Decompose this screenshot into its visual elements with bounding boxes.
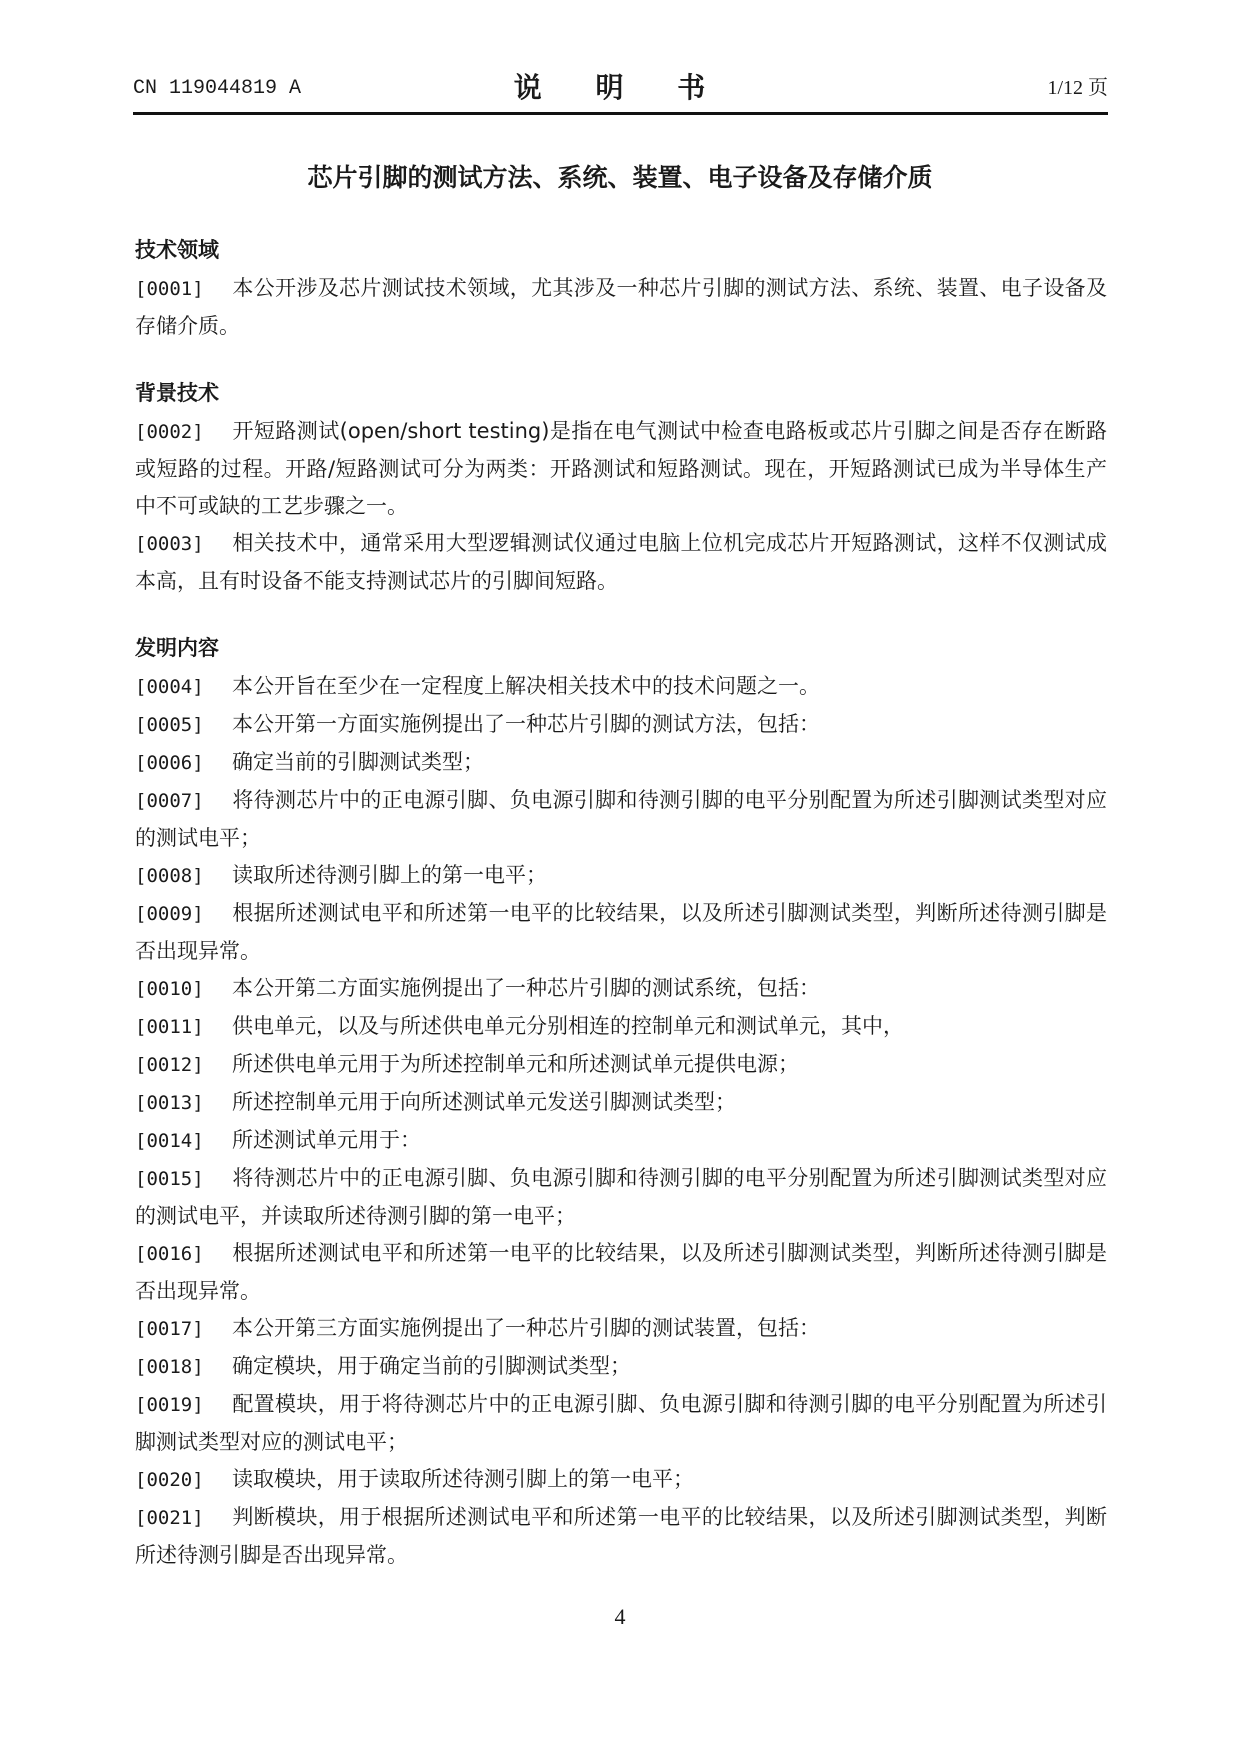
paragraph-number: [0011] xyxy=(135,1009,232,1046)
paragraph: [0006]确定当前的引脚测试类型； xyxy=(135,744,1107,782)
paragraph-number: [0021] xyxy=(135,1500,232,1537)
paragraph-text: 将待测芯片中的正电源引脚、负电源引脚和待测引脚的电平分别配置为所述引脚测试类型对… xyxy=(135,1166,1107,1228)
section-summary: 发明内容 [0004]本公开旨在至少在一定程度上解决相关技术中的技术问题之一。 … xyxy=(135,628,1107,1574)
paragraph-number: [0004] xyxy=(135,669,232,706)
paragraph-text: 开短路测试(open/short testing)是指在电气测试中检查电路板或芯… xyxy=(135,419,1107,518)
document-type: 说 明 书 xyxy=(133,66,1108,106)
paragraph-number: [0001] xyxy=(135,271,232,308)
paragraph: [0003]相关技术中，通常采用大型逻辑测试仪通过电脑上位机完成芯片开短路测试，… xyxy=(135,525,1107,600)
paragraph-text: 所述供电单元用于为所述控制单元和所述测试单元提供电源； xyxy=(232,1052,799,1076)
paragraph: [0011]供电单元，以及与所述供电单元分别相连的控制单元和测试单元，其中， xyxy=(135,1008,1107,1046)
paragraph-text: 本公开第三方面实施例提出了一种芯片引脚的测试装置，包括： xyxy=(232,1316,820,1340)
paragraph: [0016]根据所述测试电平和所述第一电平的比较结果，以及所述引脚测试类型，判断… xyxy=(135,1235,1107,1310)
paragraph-number: [0009] xyxy=(135,896,232,933)
paragraph-number: [0013] xyxy=(135,1085,232,1122)
paragraph: [0010]本公开第二方面实施例提出了一种芯片引脚的测试系统，包括： xyxy=(135,970,1107,1008)
paragraph-number: [0016] xyxy=(135,1236,232,1273)
paragraph-text: 所述测试单元用于： xyxy=(232,1128,421,1152)
paragraph-text: 根据所述测试电平和所述第一电平的比较结果，以及所述引脚测试类型，判断所述待测引脚… xyxy=(135,1241,1107,1303)
paragraph: [0009]根据所述测试电平和所述第一电平的比较结果，以及所述引脚测试类型，判断… xyxy=(135,895,1107,970)
paragraph-text: 读取模块，用于读取所述待测引脚上的第一电平； xyxy=(232,1467,694,1491)
paragraph-text: 供电单元，以及与所述供电单元分别相连的控制单元和测试单元，其中， xyxy=(232,1014,904,1038)
paragraph: [0008]读取所述待测引脚上的第一电平； xyxy=(135,857,1107,895)
page-header: CN 119044819 A 说 明 书 1/12 页 xyxy=(133,66,1108,115)
paragraph: [0017]本公开第三方面实施例提出了一种芯片引脚的测试装置，包括： xyxy=(135,1310,1107,1348)
paragraph: [0014]所述测试单元用于： xyxy=(135,1122,1107,1160)
paragraph-text: 判断模块，用于根据所述测试电平和所述第一电平的比较结果，以及所述引脚测试类型，判… xyxy=(135,1505,1107,1567)
paragraph: [0015]将待测芯片中的正电源引脚、负电源引脚和待测引脚的电平分别配置为所述引… xyxy=(135,1160,1107,1235)
section-background: 背景技术 [0002]开短路测试(open/short testing)是指在电… xyxy=(135,373,1107,600)
paragraph-number: [0017] xyxy=(135,1311,232,1348)
paragraph-text: 相关技术中，通常采用大型逻辑测试仪通过电脑上位机完成芯片开短路测试，这样不仅测试… xyxy=(135,531,1107,593)
paragraph-number: [0018] xyxy=(135,1349,232,1386)
paragraph-text: 本公开第一方面实施例提出了一种芯片引脚的测试方法，包括： xyxy=(232,712,820,736)
paragraph: [0019]配置模块，用于将待测芯片中的正电源引脚、负电源引脚和待测引脚的电平分… xyxy=(135,1386,1107,1461)
page-number: 4 xyxy=(0,1604,1240,1630)
paragraph: [0020]读取模块，用于读取所述待测引脚上的第一电平； xyxy=(135,1461,1107,1499)
section-technical-field: 技术领域 [0001]本公开涉及芯片测试技术领域，尤其涉及一种芯片引脚的测试方法… xyxy=(135,230,1107,345)
paragraph-text: 本公开涉及芯片测试技术领域，尤其涉及一种芯片引脚的测试方法、系统、装置、电子设备… xyxy=(135,276,1107,338)
document-body: 技术领域 [0001]本公开涉及芯片测试技术领域，尤其涉及一种芯片引脚的测试方法… xyxy=(135,230,1107,1602)
paragraph-text: 所述控制单元用于向所述测试单元发送引脚测试类型； xyxy=(232,1090,736,1114)
paragraph-text: 确定当前的引脚测试类型； xyxy=(232,750,484,774)
paragraph-text: 确定模块，用于确定当前的引脚测试类型； xyxy=(232,1354,631,1378)
paragraph-number: [0007] xyxy=(135,783,232,820)
paragraph: [0007]将待测芯片中的正电源引脚、负电源引脚和待测引脚的电平分别配置为所述引… xyxy=(135,782,1107,857)
paragraph: [0021]判断模块，用于根据所述测试电平和所述第一电平的比较结果，以及所述引脚… xyxy=(135,1499,1107,1574)
paragraph-number: [0012] xyxy=(135,1047,232,1084)
paragraph-number: [0020] xyxy=(135,1462,232,1499)
paragraph-number: [0008] xyxy=(135,858,232,895)
paragraph-number: [0014] xyxy=(135,1123,232,1160)
paragraph: [0002]开短路测试(open/short testing)是指在电气测试中检… xyxy=(135,413,1107,525)
page-indicator: 1/12 页 xyxy=(1047,71,1108,100)
paragraph: [0001]本公开涉及芯片测试技术领域，尤其涉及一种芯片引脚的测试方法、系统、装… xyxy=(135,270,1107,345)
paragraph-text: 配置模块，用于将待测芯片中的正电源引脚、负电源引脚和待测引脚的电平分别配置为所述… xyxy=(135,1392,1107,1454)
paragraph-number: [0006] xyxy=(135,745,232,782)
paragraph-number: [0003] xyxy=(135,526,232,563)
paragraph-number: [0010] xyxy=(135,971,232,1008)
paragraph: [0013]所述控制单元用于向所述测试单元发送引脚测试类型； xyxy=(135,1084,1107,1122)
paragraph-text: 本公开旨在至少在一定程度上解决相关技术中的技术问题之一。 xyxy=(232,674,820,698)
paragraph-text: 读取所述待测引脚上的第一电平； xyxy=(232,863,547,887)
paragraph-text: 本公开第二方面实施例提出了一种芯片引脚的测试系统，包括： xyxy=(232,976,820,1000)
section-heading: 背景技术 xyxy=(135,373,1107,413)
paragraph-number: [0005] xyxy=(135,707,232,744)
paragraph-number: [0002] xyxy=(135,414,232,451)
section-heading: 技术领域 xyxy=(135,230,1107,270)
paragraph-number: [0015] xyxy=(135,1161,232,1198)
section-heading: 发明内容 xyxy=(135,628,1107,668)
paragraph-text: 将待测芯片中的正电源引脚、负电源引脚和待测引脚的电平分别配置为所述引脚测试类型对… xyxy=(135,788,1107,850)
paragraph-number: [0019] xyxy=(135,1387,232,1424)
paragraph: [0012]所述供电单元用于为所述控制单元和所述测试单元提供电源； xyxy=(135,1046,1107,1084)
paragraph: [0005]本公开第一方面实施例提出了一种芯片引脚的测试方法，包括： xyxy=(135,706,1107,744)
paragraph: [0004]本公开旨在至少在一定程度上解决相关技术中的技术问题之一。 xyxy=(135,668,1107,706)
paragraph-text: 根据所述测试电平和所述第一电平的比较结果，以及所述引脚测试类型，判断所述待测引脚… xyxy=(135,901,1107,963)
paragraph: [0018]确定模块，用于确定当前的引脚测试类型； xyxy=(135,1348,1107,1386)
document-title: 芯片引脚的测试方法、系统、装置、电子设备及存储介质 xyxy=(0,158,1240,194)
